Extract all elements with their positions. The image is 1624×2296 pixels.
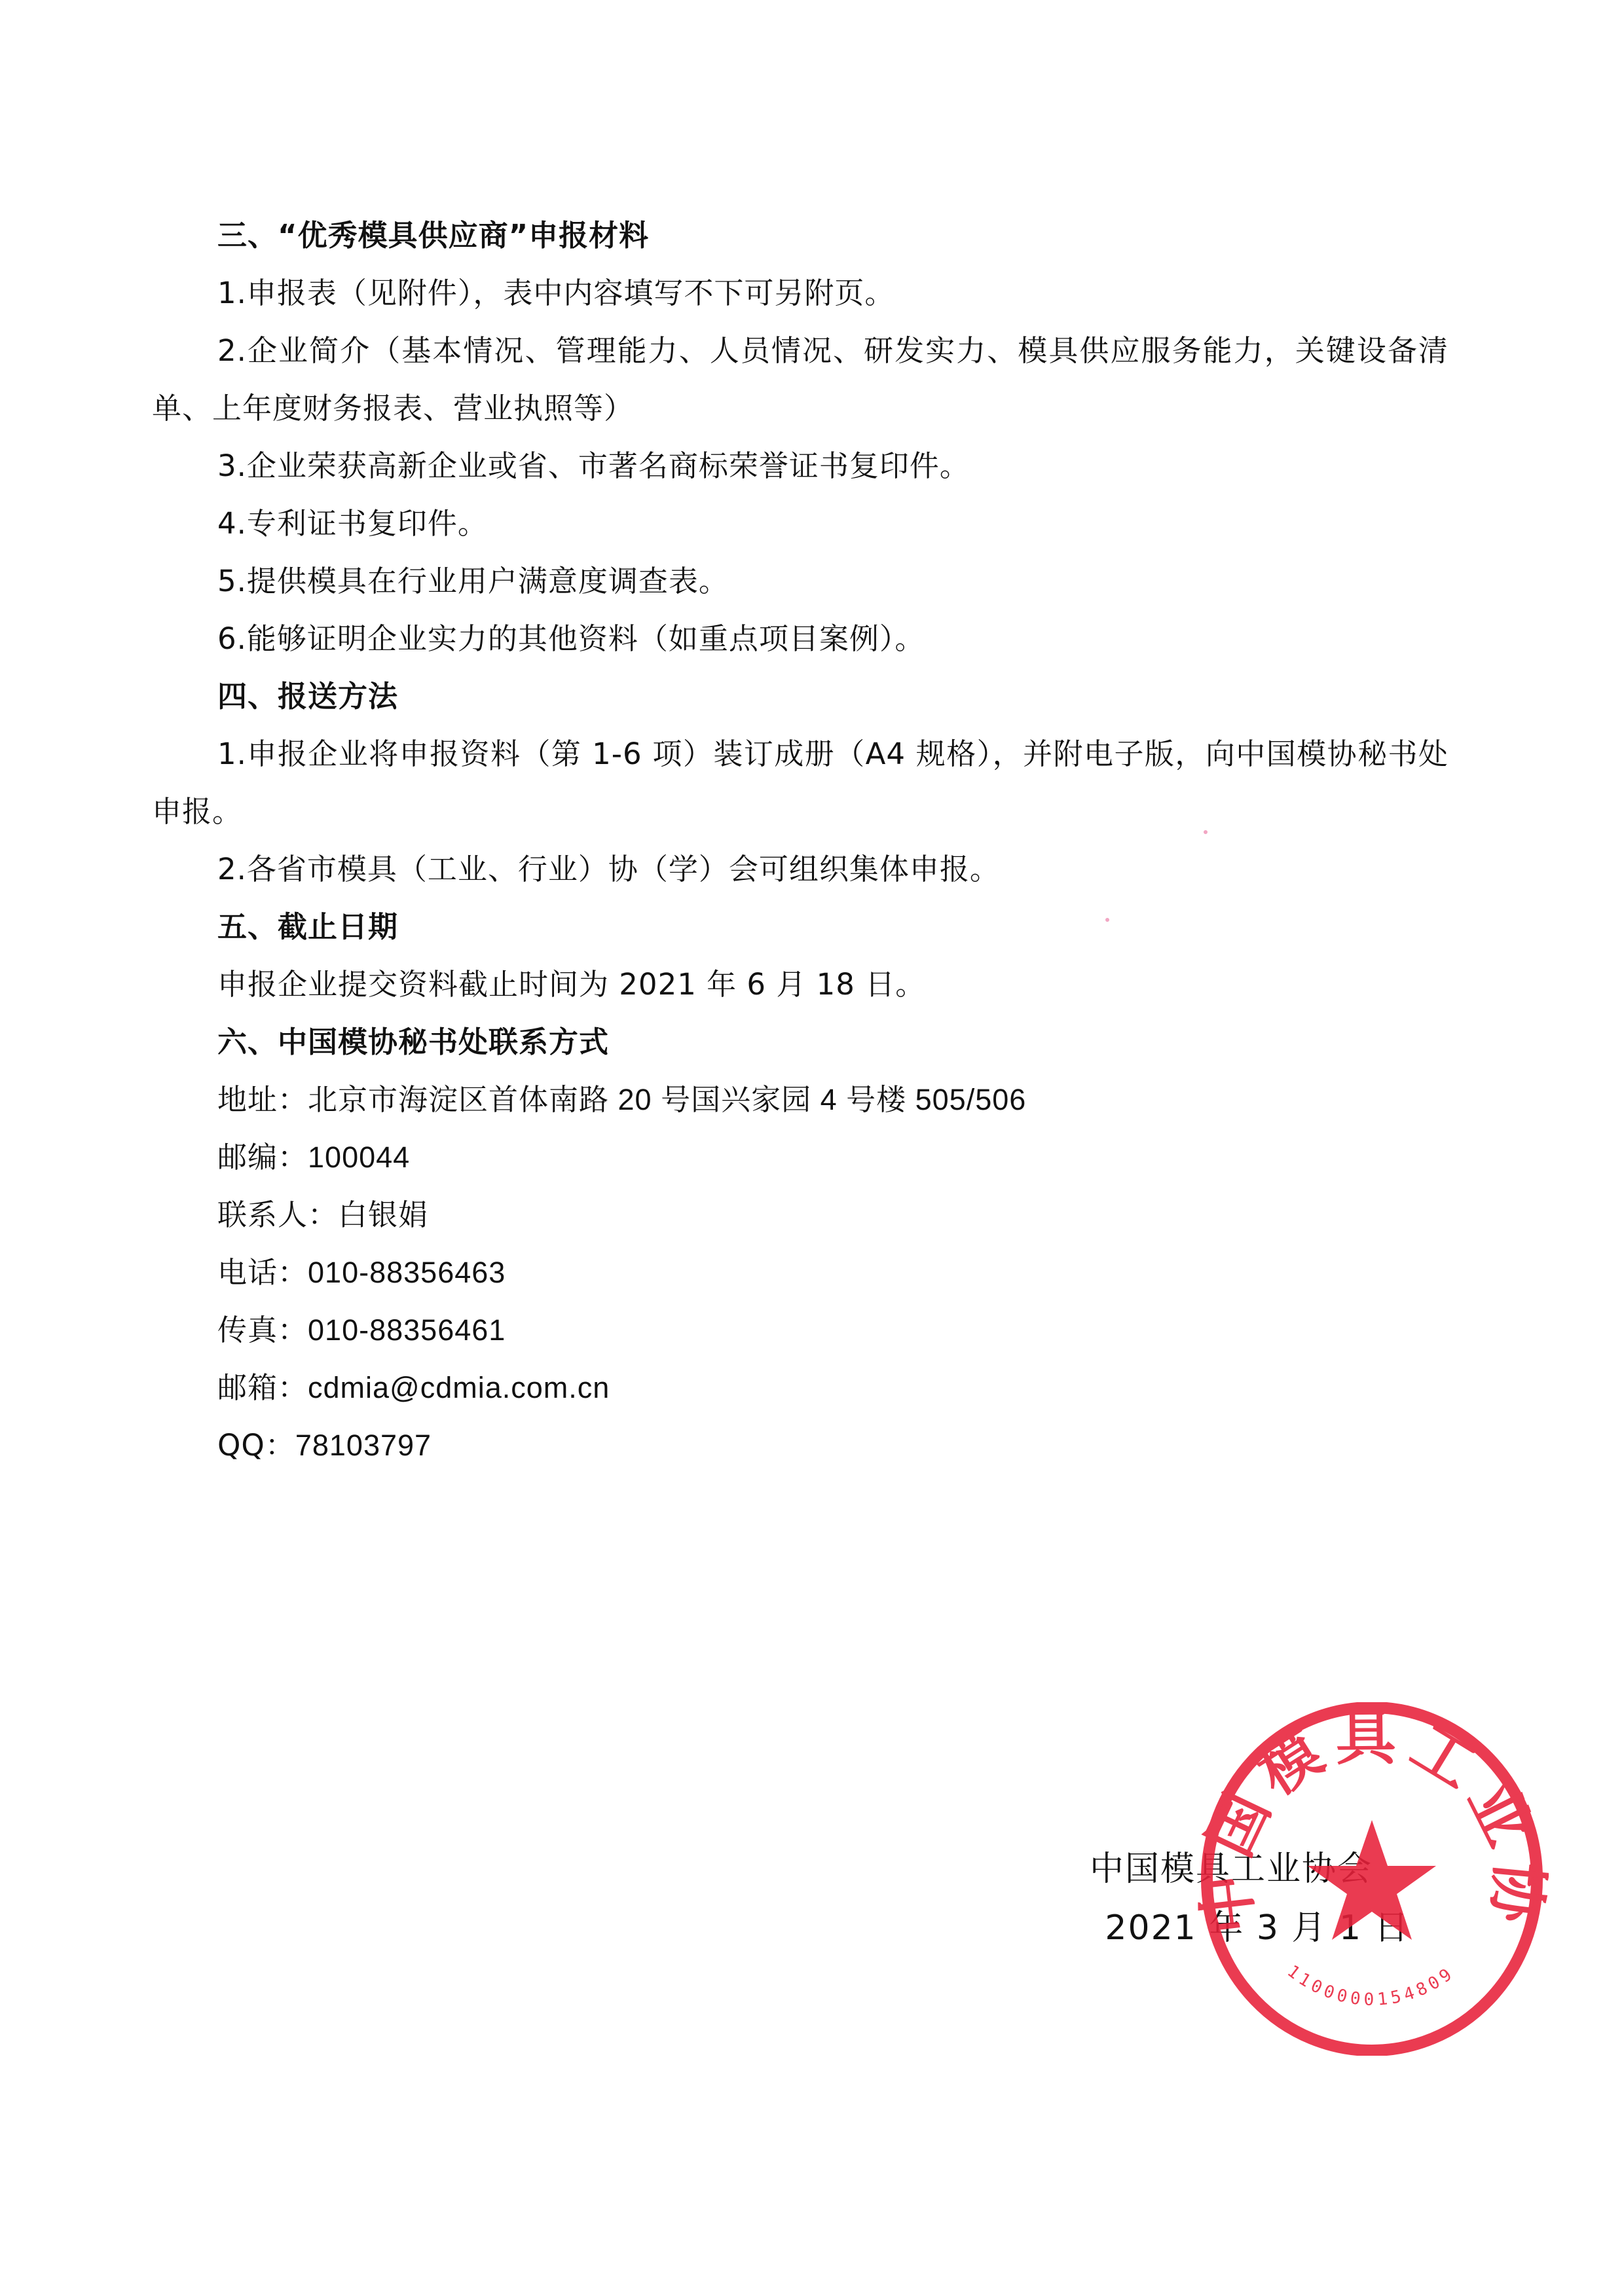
contact-email: 邮箱：cdmia@cdmia.com.cn bbox=[152, 1359, 1449, 1417]
list-item: 1.申报表（见附件），表中内容填写不下可另附页。 bbox=[152, 264, 1449, 322]
contact-value: 白银娟 bbox=[338, 1197, 428, 1232]
seal-serial: 1100000154809 bbox=[1283, 1961, 1459, 2010]
list-item: 4.专利证书复印件。 bbox=[152, 495, 1449, 553]
contact-label: 地址： bbox=[217, 1082, 308, 1117]
section-heading-contact: 六、中国模协秘书处联系方式 bbox=[152, 1013, 1449, 1071]
contact-postcode: 邮编：100044 bbox=[152, 1129, 1449, 1186]
signature-date: 2021 年 3 月 1 日 bbox=[1048, 1899, 1414, 1958]
contact-label: 传真： bbox=[217, 1313, 308, 1347]
contact-value: 78103797 bbox=[295, 1429, 432, 1462]
scan-speck bbox=[1204, 830, 1208, 834]
contact-address: 地址：北京市海淀区首体南路 20 号国兴家园 4 号楼 505/506 bbox=[152, 1071, 1449, 1129]
signature-block: 中国模具工业协会 2021 年 3 月 1 日 bbox=[1048, 1840, 1414, 1958]
contact-label: 电话： bbox=[217, 1255, 308, 1290]
section-heading-submission: 四、报送方法 bbox=[152, 668, 1449, 725]
scan-speck bbox=[1105, 918, 1109, 922]
svg-text:1100000154809: 1100000154809 bbox=[1283, 1961, 1459, 2010]
list-item: 1.申报企业将申报资料（第 1-6 项）装订成册（A4 规格），并附电子版，向中… bbox=[152, 725, 1449, 841]
signature-organization: 中国模具工业协会 bbox=[1048, 1840, 1414, 1899]
contact-label: QQ： bbox=[217, 1428, 295, 1463]
contact-label: 联系人： bbox=[217, 1197, 338, 1232]
deadline-text: 申报企业提交资料截止时间为 2021 年 6 月 18 日。 bbox=[152, 956, 1449, 1013]
contact-fax: 传真：010-88356461 bbox=[152, 1302, 1449, 1359]
list-item: 6.能够证明企业实力的其他资料（如重点项目案例）。 bbox=[152, 610, 1449, 668]
contact-value: 100044 bbox=[308, 1140, 410, 1174]
list-item: 5.提供模具在行业用户满意度调查表。 bbox=[152, 553, 1449, 610]
section-heading-materials: 三、“优秀模具供应商”申报材料 bbox=[152, 207, 1449, 264]
list-item: 2.企业简介（基本情况、管理能力、人员情况、研发实力、模具供应服务能力，关键设备… bbox=[152, 322, 1449, 437]
contact-phone: 电话：010-88356463 bbox=[152, 1244, 1449, 1302]
section-heading-deadline: 五、截止日期 bbox=[152, 898, 1449, 956]
contact-value: cdmia@cdmia.com.cn bbox=[308, 1371, 610, 1404]
list-item: 3.企业荣获高新企业或省、市著名商标荣誉证书复印件。 bbox=[152, 437, 1449, 495]
list-item: 2.各省市模具（工业、行业）协（学）会可组织集体申报。 bbox=[152, 841, 1449, 898]
contact-qq: QQ：78103797 bbox=[152, 1417, 1449, 1474]
contact-label: 邮箱： bbox=[217, 1370, 308, 1405]
document-body: 三、“优秀模具供应商”申报材料 1.申报表（见附件），表中内容填写不下可另附页。… bbox=[152, 207, 1449, 1474]
contact-value: 010-88356461 bbox=[308, 1313, 506, 1347]
contact-value: 010-88356463 bbox=[308, 1256, 506, 1289]
contact-person: 联系人：白银娟 bbox=[152, 1186, 1449, 1244]
document-page: 三、“优秀模具供应商”申报材料 1.申报表（见附件），表中内容填写不下可另附页。… bbox=[0, 0, 1624, 2296]
contact-label: 邮编： bbox=[217, 1140, 308, 1175]
contact-value: 北京市海淀区首体南路 20 号国兴家园 4 号楼 505/506 bbox=[308, 1083, 1026, 1116]
